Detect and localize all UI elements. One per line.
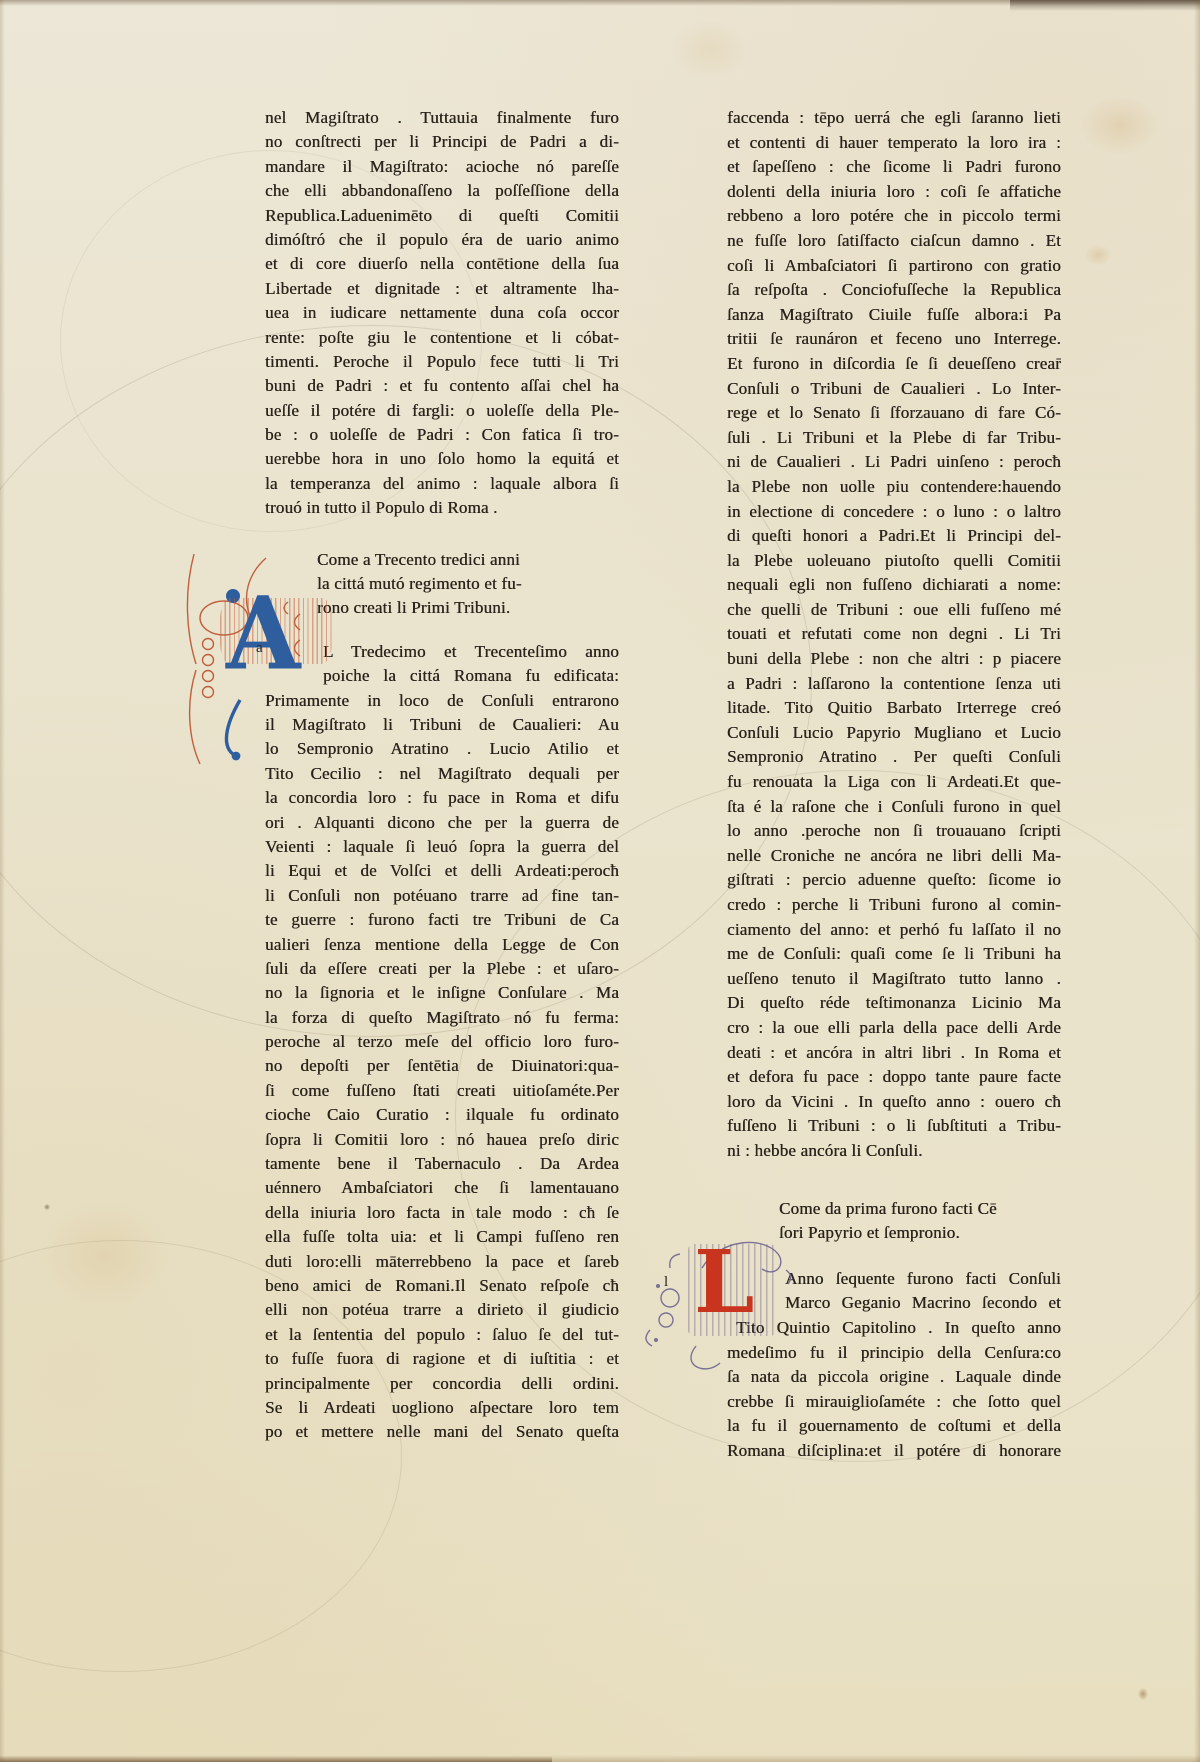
- text-line: et la ſententia del populo : ſaluo ſe de…: [265, 1323, 619, 1347]
- foxing-stain: [1085, 245, 1111, 265]
- text-line: Sempronio Atratino . Per queſti Conſuli: [727, 745, 1061, 770]
- paragraph: nel Magiſtrato . Tuttauia finalmente fur…: [265, 106, 619, 521]
- paragraph: faccenda : tēpo uerrá che egli ſaranno l…: [727, 106, 1061, 1164]
- text-line: coſi li Ambaſciatori ſi partirono con gr…: [727, 254, 1061, 279]
- text-line: di queſti honori a Padri.Et li Principi …: [727, 524, 1061, 549]
- text-line: li Conſuli non potéuano trarre ad fine t…: [265, 884, 619, 908]
- text-line: et defora fu pace : doppo tante paure fa…: [727, 1065, 1061, 1090]
- text-line: la temperanza del animo : laquale albora…: [265, 472, 619, 496]
- foxing-stain: [1080, 95, 1160, 155]
- text-line: beno amici de Romani.Il Senato reſpoſe c…: [265, 1274, 619, 1298]
- text-line: ori . Alquanti dicono che per la guerra …: [265, 811, 619, 835]
- text-line: ne fuſſe loro ſatiſfacto ciaſcun damno .…: [727, 229, 1061, 254]
- text-line: et ſapeſſeno : che ſicome li Padri furon…: [727, 155, 1061, 180]
- text-line: ni : hebbe ancóra li Conſuli.: [727, 1139, 1061, 1164]
- text-line: della iniuria loro facta in tale modo : …: [265, 1201, 619, 1225]
- paragraph: Anno ſequente furono facti ConſuliMarco …: [727, 1267, 1061, 1464]
- paragraph: L Tredecimo et Trecenteſimo annopoiche l…: [265, 640, 619, 1445]
- text-line: uénnero Ambaſciatori che ſi lamentauano: [265, 1176, 619, 1200]
- text-line: nelle Croniche ne ancóra ne libri delli …: [727, 844, 1061, 869]
- text-line: loro da Vicini . In queſto anno : ouero …: [727, 1090, 1061, 1115]
- text-line: po et mettere nelle mani del Senato queſ…: [265, 1420, 619, 1444]
- text-line: fuſſeno li Tribuni : o li ſubſtituti a T…: [727, 1114, 1061, 1139]
- text-line: ella fuſſe tolta uia: et li Campi fuſſen…: [265, 1225, 619, 1249]
- text-line: Conſuli Lucio Papyrio Mugliano et Lucio: [727, 721, 1061, 746]
- text-line: Anno ſequente furono facti Conſuli: [727, 1267, 1061, 1292]
- text-line: che elli abbandonaſſeno la poſſeſſione d…: [265, 179, 619, 203]
- section-heading: Come da prima furono facti Cēſori Papyri…: [727, 1197, 1061, 1246]
- text-line: medeſimo fu il principio della Cenſura:c…: [727, 1341, 1061, 1366]
- text-line: to fuſſe fuora di ragione et di iuſtitia…: [265, 1347, 619, 1371]
- text-line: dolenti della iniuria loro : coſi ſe aff…: [727, 180, 1061, 205]
- text-line: ſi come fuſſeno ſtati creati uitioſaméte…: [265, 1079, 619, 1103]
- text-line: tritii ſe raunáron et feceno uno Interre…: [727, 327, 1061, 352]
- text-line: duti loro:elli māterrebbeno la pace et ſ…: [265, 1250, 619, 1274]
- text-line: ciamento del anno: et perhó fu laſſato i…: [727, 918, 1061, 943]
- text-line: Conſuli o Tribuni de Caualieri . Lo Inte…: [727, 377, 1061, 402]
- page-edge-corner: [1010, 0, 1200, 11]
- text-line: rege et lo Senato ſi ſforzauano di fare …: [727, 401, 1061, 426]
- section-heading: Come a Trecento tredici annila cittá mut…: [265, 548, 619, 621]
- text-line: ni de Caualieri . Li Padri uinſeno : per…: [727, 450, 1061, 475]
- text-line: et contenti di hauer temperato la loro i…: [727, 131, 1061, 156]
- text-line: Di queſto réde teſtimonanza Licinio Ma: [727, 991, 1061, 1016]
- text-line: buni della Plebe : non che altri : p pia…: [727, 647, 1061, 672]
- heading-line: ſori Papyrio et ſempronio.: [727, 1221, 1061, 1246]
- text-line: dimóſtró che il populo éra de uario anim…: [265, 228, 619, 252]
- text-line: fu renouata la Liga con li Ardeati.Et qu…: [727, 770, 1061, 795]
- page-edge-right: [1194, 0, 1200, 1762]
- text-line: nel Magiſtrato . Tuttauia finalmente fur…: [265, 106, 619, 130]
- text-line: ſta é la raſone che i Conſuli furono in …: [727, 795, 1061, 820]
- text-line: Se li Ardeati uogliono aſpectare loro te…: [265, 1396, 619, 1420]
- text-line: Romana diſciplina:et il potére di honora…: [727, 1439, 1061, 1464]
- text-line: mandare il Magiſtrato: acioche nó pareſſ…: [265, 155, 619, 179]
- heading-line: Come a Trecento tredici anni: [265, 548, 619, 572]
- text-line: la fu il gouernamento de coſtumi et dell…: [727, 1414, 1061, 1439]
- text-line: uea in iudicare nettamente duna coſa occ…: [265, 301, 619, 325]
- text-line: no depoſti per ſentētia de Diuinatori:qu…: [265, 1054, 619, 1078]
- text-line: la Plebe non uolle piu contendere:hauend…: [727, 475, 1061, 500]
- foxing-stain: [40, 1200, 170, 1310]
- text-line: la concordia loro : fu pace in Roma et d…: [265, 786, 619, 810]
- text-line: crebbe ſi mirauiglioſaméte : che ſotto q…: [727, 1390, 1061, 1415]
- text-line: trouó in tutto il Populo di Roma .: [265, 496, 619, 520]
- page-edge-bottom-left: [0, 1756, 552, 1762]
- text-line: me de Conſuli: quaſi come ſe li Tribuni …: [727, 942, 1061, 967]
- text-line: cro : la oue elli parla della pace delli…: [727, 1016, 1061, 1041]
- text-line: Veienti : laquale ſi leuó ſopra la guerr…: [265, 835, 619, 859]
- text-column-left: nel Magiſtrato . Tuttauia finalmente fur…: [265, 106, 619, 1445]
- text-line: cioche Caio Curatio : ilquale fu ordinat…: [265, 1103, 619, 1127]
- guide-letter: a: [256, 640, 263, 657]
- text-line: timenti. Peroche il Populo fece tutti li…: [265, 350, 619, 374]
- text-line: la Plebe uoleuano piutoſto quelli Comiti…: [727, 549, 1061, 574]
- text-column-right: faccenda : tēpo uerrá che egli ſaranno l…: [727, 106, 1061, 1463]
- text-line: Tito Cecilio : nel Magiſtrato dequali pe…: [265, 762, 619, 786]
- text-line: deati : et ancóra in altri libri . In Ro…: [727, 1041, 1061, 1066]
- text-line: ſanza Magiſtrato Ciuile fuſſe albora:i P…: [727, 303, 1061, 328]
- page-edge-left: [0, 0, 5, 1762]
- heading-line: Come da prima furono facti Cē: [727, 1197, 1061, 1222]
- text-line: giſtrati : percio aduenne queſto: ſicome…: [727, 868, 1061, 893]
- text-line: il Magiſtrato li Tribuni de Caualieri: A…: [265, 713, 619, 737]
- text-line: ſa nata da piccola origine . Laquale din…: [727, 1365, 1061, 1390]
- text-line: Primamente in loco de Conſuli entrarono: [265, 689, 619, 713]
- text-line: ueſſe il potére di fargli: o uoleſſe del…: [265, 399, 619, 423]
- text-line: la forza di queſto Magiſtrato nó fu ferm…: [265, 1006, 619, 1030]
- book-page: nel Magiſtrato . Tuttauia finalmente fur…: [0, 0, 1200, 1762]
- text-line: rente: poſte giu le contentione et li có…: [265, 326, 619, 350]
- heading-line: la cittá mutó regimento et fu-: [265, 572, 619, 596]
- text-line: Libertade et dignitade : et altramente l…: [265, 277, 619, 301]
- text-line: principalmente per concordia delli ordin…: [265, 1372, 619, 1396]
- text-line: elli non potéua trarre a dirieto il giud…: [265, 1298, 619, 1322]
- text-line: et di core diuerſo nella contētione dell…: [265, 252, 619, 276]
- text-line: tamente bene il Tabernaculo . Da Ardea: [265, 1152, 619, 1176]
- text-line: li Equi et de Volſci et delli Ardeati:pe…: [265, 859, 619, 883]
- ink-speck: [1138, 1688, 1148, 1700]
- text-line: Republica.Laduenimēto di queſti Comitii: [265, 204, 619, 228]
- page-edge-top: [0, 0, 1200, 6]
- text-line: ueſſeno tenuto il Magiſtrato tutto lanno…: [727, 967, 1061, 992]
- page-edge-bottom: [0, 1755, 1200, 1762]
- text-line: Et furono in diſcordia ſe ſi deueſſeno c…: [727, 352, 1061, 377]
- text-line: ſa reſpoſta . Conciofuſſeche la Republic…: [727, 278, 1061, 303]
- text-line: in electione di concedere : o luno : o l…: [727, 500, 1061, 525]
- text-line: touati et refutati come non degni . Li T…: [727, 622, 1061, 647]
- text-line: peroche al terzo meſe del officio loro f…: [265, 1030, 619, 1054]
- text-line: ualieri ſenza mentione della Legge de Co…: [265, 933, 619, 957]
- text-line: ſopra li Comitii loro : nó hauea preſo d…: [265, 1128, 619, 1152]
- text-line: no la ſignoria et le inſigne Conſulare .…: [265, 981, 619, 1005]
- text-line: lo anno .peroche non ſi trouauano ſcript…: [727, 819, 1061, 844]
- text-line: a Padri : laſſarono la contentione ſenza…: [727, 672, 1061, 697]
- text-line: lo Sempronio Atratino . Lucio Atilio et: [265, 737, 619, 761]
- text-line: be : o uoleſſe de Padri : Con fatica ſi …: [265, 423, 619, 447]
- text-line: poiche la cittá Romana fu edificata:: [265, 664, 619, 688]
- foxing-stain: [670, 20, 750, 80]
- text-line: L Tredecimo et Trecenteſimo anno: [265, 640, 619, 664]
- text-line: faccenda : tēpo uerrá che egli ſaranno l…: [727, 106, 1061, 131]
- text-line: litade. Tito Quitio Barbato Irterrege cr…: [727, 696, 1061, 721]
- ink-speck: [44, 1204, 50, 1210]
- text-line: rebbeno a loro potére che in piccolo ter…: [727, 204, 1061, 229]
- text-line: ſuli da eſſere creati per la Plebe : et …: [265, 957, 619, 981]
- text-line: Marco Geganio Macrino ſecondo et: [727, 1291, 1061, 1316]
- text-line: te guerre : furono facti tre Tribuni de …: [265, 908, 619, 932]
- text-line: uerebbe hora in uno ſolo homo la equitá …: [265, 447, 619, 471]
- text-line: buni de Padri : et fu contento aſſai che…: [265, 374, 619, 398]
- guide-letter: l: [664, 1274, 668, 1291]
- text-line: no conſtrecti per li Principi de Padri a…: [265, 130, 619, 154]
- text-line: ſuli . Li Tribuni et la Plebe di far Tri…: [727, 426, 1061, 451]
- text-line: Tito Quintio Capitolino . In queſto anno: [727, 1316, 1061, 1341]
- heading-line: rono creati li Primi Tribuni.: [265, 596, 619, 620]
- text-line: credo : perche li Tribuni furono al comi…: [727, 893, 1061, 918]
- text-line: che quelli de Tribuni : oue elli fuſſeno…: [727, 598, 1061, 623]
- text-line: nequali egli non fuſſeno dichiarati a no…: [727, 573, 1061, 598]
